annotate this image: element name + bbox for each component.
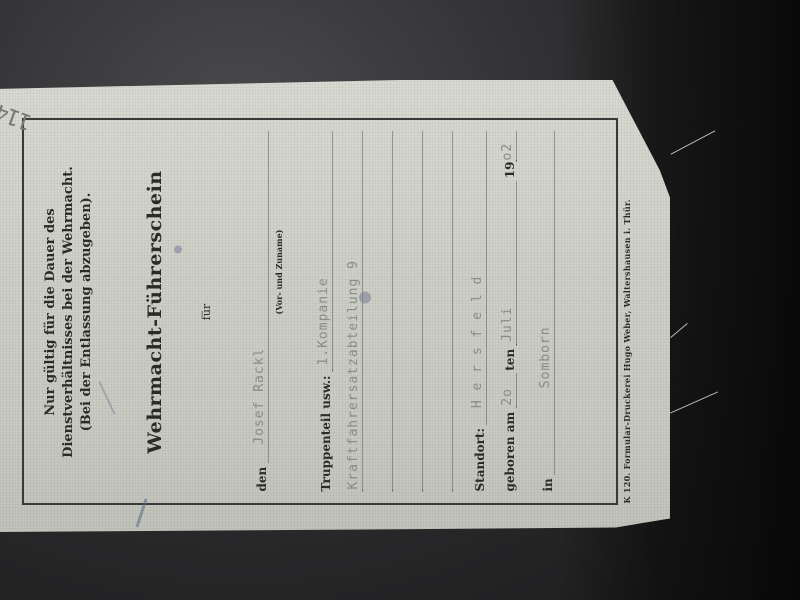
name-value: Josef Rackl bbox=[252, 347, 267, 444]
birth-month: Juli bbox=[500, 306, 515, 341]
blank-line-3 bbox=[436, 131, 453, 491]
place-label: in bbox=[541, 478, 555, 491]
for-label: für bbox=[200, 120, 213, 503]
stamp-mark bbox=[359, 291, 371, 303]
unit-line: 1.Kompanie bbox=[316, 131, 333, 371]
unit-label: Truppenteil usw.: bbox=[319, 375, 333, 491]
notice-line-2: Dienstverhältnisses bei der Wehrmacht. bbox=[60, 120, 78, 503]
handwritten-number: 1143 bbox=[0, 94, 35, 134]
garrison-label: Standort: bbox=[473, 428, 487, 491]
ink-spot bbox=[174, 245, 182, 253]
field-unit: Truppenteil usw.: 1.Kompanie bbox=[316, 131, 333, 491]
document-content: Nur gültig für die Dauer des Dienstverhä… bbox=[24, 120, 616, 503]
field-blank-1 bbox=[376, 131, 393, 491]
garrison-value: H e r s f e l d bbox=[470, 275, 485, 407]
unit-value: 1.Kompanie bbox=[316, 277, 331, 365]
pen-mark-faint bbox=[98, 381, 115, 414]
place-value: Somborn bbox=[538, 326, 553, 388]
notice-line-3: (Bei der Entlassung abzugeben). bbox=[78, 120, 96, 503]
birth-ten-label: ten bbox=[503, 348, 517, 370]
field-name: den Josef Rackl bbox=[252, 131, 269, 491]
document-paper: Nur gültig für die Dauer des Dienstverhä… bbox=[0, 80, 670, 532]
birth-label: geboren am bbox=[503, 411, 517, 491]
field-garrison: Standort: H e r s f e l d bbox=[470, 131, 487, 491]
printer-imprint: K 120. Formular-Druckerei Hugo Weber, Wa… bbox=[622, 199, 632, 503]
field-blank-3 bbox=[436, 131, 453, 491]
birth-day: 2o bbox=[500, 388, 515, 406]
field-unit-line2: Kraftfahrersatzabteilung 9 bbox=[346, 131, 363, 491]
place-line: Somborn bbox=[538, 131, 555, 474]
name-caption: (Vor- und Zuname) bbox=[274, 80, 284, 463]
name-line: Josef Rackl bbox=[252, 131, 269, 462]
blank-line-2 bbox=[406, 131, 423, 491]
blank-line-1 bbox=[376, 131, 393, 491]
birth-year-prefix: 19 bbox=[503, 161, 517, 178]
field-birth: geboren am 2o ten Juli 19 o2 bbox=[500, 131, 517, 491]
birth-year: o2 bbox=[500, 142, 515, 160]
validity-notice: Nur gültig für die Dauer des Dienstverhä… bbox=[42, 120, 96, 503]
notice-line-1: Nur gültig für die Dauer des bbox=[42, 120, 60, 503]
document-frame: Nur gültig für die Dauer des Dienstverhä… bbox=[22, 118, 618, 505]
pen-mark bbox=[135, 498, 147, 527]
unit-line-2: Kraftfahrersatzabteilung 9 bbox=[346, 131, 363, 491]
garrison-line: H e r s f e l d bbox=[470, 131, 487, 424]
name-label: den bbox=[255, 466, 269, 491]
unit-value-line2: Kraftfahrersatzabteilung 9 bbox=[346, 260, 361, 490]
field-blank-2 bbox=[406, 131, 423, 491]
field-place: in Somborn bbox=[538, 131, 555, 491]
document-title: Wehrmacht-Führerschein bbox=[144, 120, 166, 503]
birth-month-line: Juli bbox=[500, 181, 517, 346]
birth-day-line: 2o bbox=[500, 373, 517, 407]
birth-year-line: o2 bbox=[500, 131, 517, 161]
